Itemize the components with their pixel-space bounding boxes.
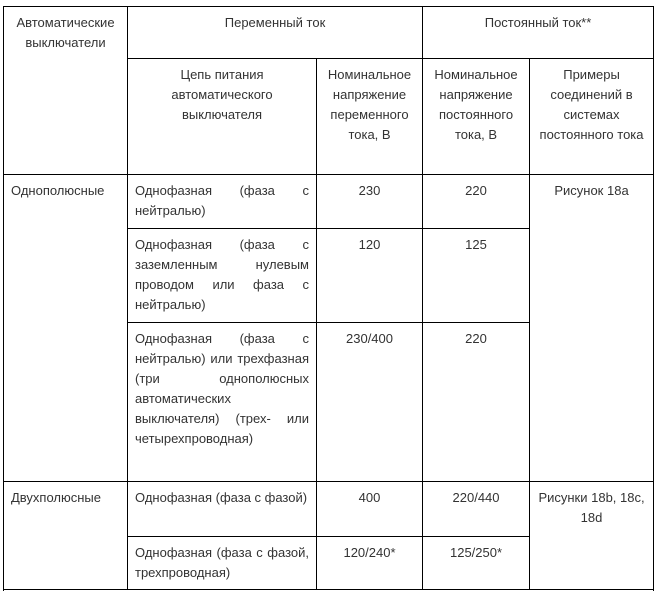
table-row: Двухполюсные Однофазная (фаза с фазой) 4…	[4, 482, 654, 537]
header-dc: Постоянный ток**	[423, 7, 654, 59]
circuit-cell: Однофазная (фаза с заземленным нулевым п…	[128, 229, 317, 323]
ac-voltage-cell: 120/240*	[317, 537, 423, 590]
circuit-cell: Однофазная (фаза с фазой)	[128, 482, 317, 537]
dc-voltage-cell: 125/250*	[423, 537, 530, 590]
dc-voltage-cell: 220	[423, 175, 530, 229]
header-breakers: Автоматические выключатели	[4, 7, 128, 175]
voltage-table: Автоматические выключатели Переменный то…	[3, 6, 654, 591]
ac-voltage-cell: 230	[317, 175, 423, 229]
example-cell: Рисунки 18b, 18c, 18d	[530, 482, 654, 590]
header-examples: Примеры соединений в системах постоянног…	[530, 59, 654, 175]
header-circuit: Цепь питания автоматического выключателя	[128, 59, 317, 175]
ac-voltage-cell: 400	[317, 482, 423, 537]
header-ac: Переменный ток	[128, 7, 423, 59]
dc-voltage-cell: 125	[423, 229, 530, 323]
circuit-cell: Однофазная (фаза с нейтралью)	[128, 175, 317, 229]
table-row: Однополюсные Однофазная (фаза с нейтраль…	[4, 175, 654, 229]
header-dc-voltage: Номинальное напряжение постоянного тока,…	[423, 59, 530, 175]
dc-voltage-cell: 220/440	[423, 482, 530, 537]
breaker-type: Однополюсные	[4, 175, 128, 482]
ac-voltage-cell: 230/400	[317, 323, 423, 482]
header-ac-voltage: Номинальное напряжение переменного тока,…	[317, 59, 423, 175]
breaker-type: Двухполюсные	[4, 482, 128, 590]
dc-voltage-cell: 220	[423, 323, 530, 482]
circuit-cell: Однофазная (фаза с фазой, трехпроводная)	[128, 537, 317, 590]
ac-voltage-cell: 120	[317, 229, 423, 323]
circuit-cell: Однофазная (фаза с нейтралью) или трехфа…	[128, 323, 317, 482]
example-cell: Рисунок 18а	[530, 175, 654, 482]
